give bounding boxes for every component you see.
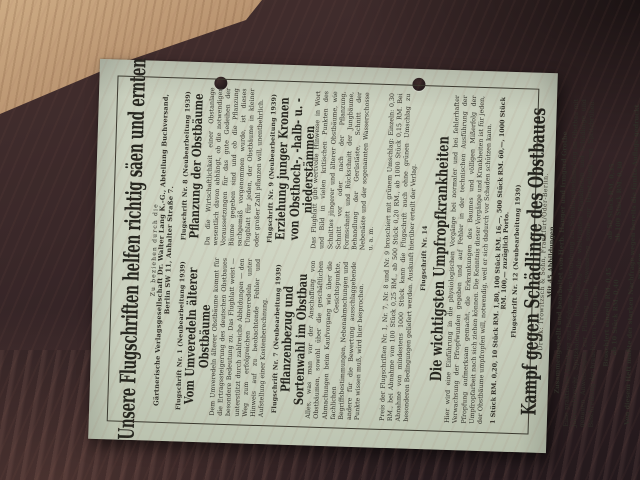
flugschrift-8-body: Da die Wirtschaftlichkeit einer Obstanla…	[204, 87, 266, 247]
leaflet-paper: Unsere Flugschriften helfen richtig säen…	[88, 59, 558, 453]
price-column-2: ab 50 Stück RM. 0,35 ab 100 Stück RM. 0,…	[606, 161, 626, 242]
flugschrift-1-body: Dem Umveredeln älterer Obstbäume kommt f…	[209, 258, 271, 418]
flugschrift-7-title: Pflanzenbezug und Sortenwahl im Obstbau	[280, 260, 311, 419]
flugschrift-9-body: Das Flugblatt gibt wertvolle Hinweise in…	[310, 91, 380, 251]
price-ab-100: ab 100 Stück RM. 0,30	[615, 161, 626, 242]
flugschrift-7-body: Alles, was man vor der Anschaffung von O…	[305, 261, 367, 421]
left-column: Flugschrift Nr. 1 (Neubearbeitung 1939) …	[175, 257, 380, 421]
photo-of-leaflet-on-table: Unsere Flugschriften helfen richtig säen…	[0, 0, 640, 480]
flugschrift-9-title: Erziehung junger Kronen von Obsthoch-, -…	[275, 90, 319, 249]
series-price-paragraph: Preis der Flugschriften Nr. 1, Nr. 7, Nr…	[378, 93, 421, 422]
price-column-1: Broschiert einzeln RM. 0,45 ab 10 Stück …	[602, 267, 622, 367]
two-column-area: Flugschrift Nr. 1 (Neubearbeitung 1939) …	[175, 87, 386, 421]
leaflet-content-rotated: Unsere Flugschriften helfen richtig säen…	[91, 62, 554, 448]
printed-border-frame: Unsere Flugschriften helfen richtig säen…	[107, 75, 540, 434]
flugschrift-1-title: Vom Umveredeln älterer Obstbäume	[184, 257, 215, 416]
right-column: Flugschrift Nr. 8 (Neubearbeitung 1939) …	[180, 87, 385, 251]
